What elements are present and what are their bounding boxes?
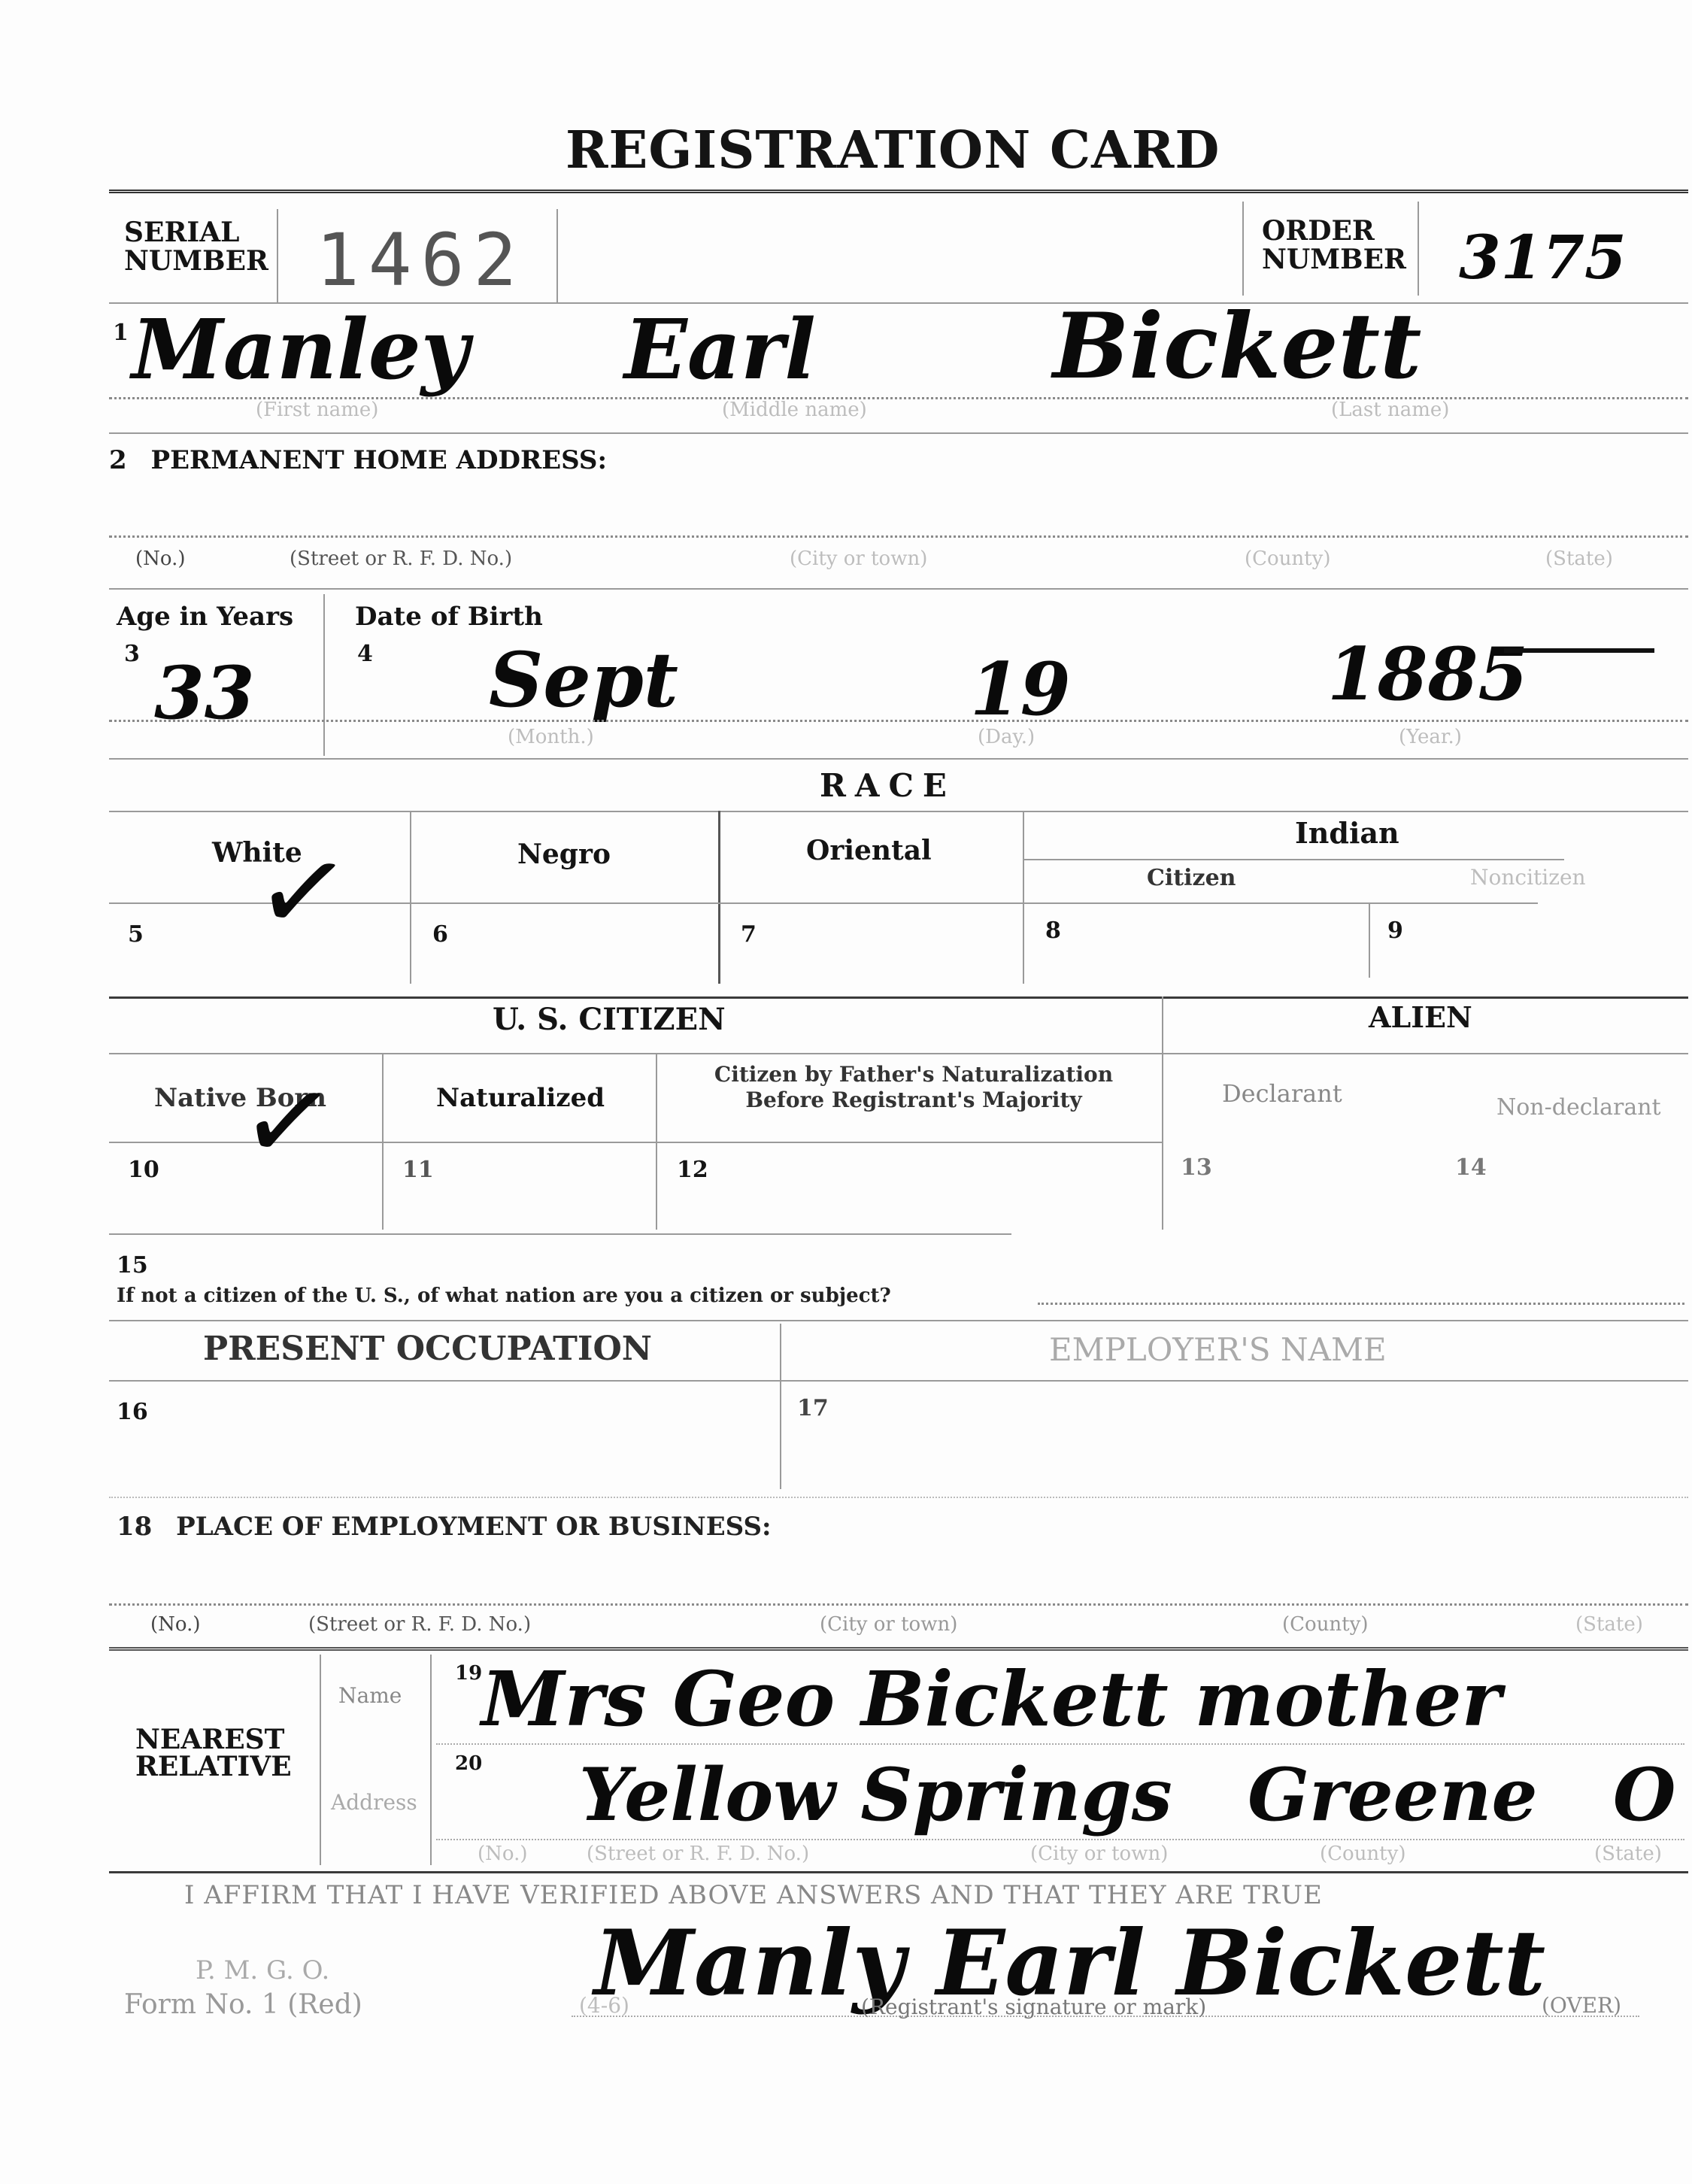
serial-label-line2: NUMBER	[124, 247, 268, 275]
naturalized-field-no: 11	[402, 1157, 434, 1183]
relative-name-underline	[436, 1743, 1684, 1745]
relative-divider-1	[320, 1655, 321, 1865]
native-born-field-no: 10	[128, 1157, 159, 1183]
poe-caption-city: (City or town)	[820, 1613, 957, 1636]
last-name-caption: (Last name)	[1331, 399, 1449, 421]
order-divider-left	[1242, 202, 1244, 296]
relative-caption-state: (State)	[1594, 1843, 1662, 1865]
non-declarant-field-no: 14	[1455, 1154, 1487, 1181]
race-indian-noncitizen-label: Noncitizen	[1470, 865, 1586, 890]
row-rule-4	[109, 758, 1688, 760]
occupation-label: PRESENT OCCUPATION	[203, 1330, 652, 1368]
address-field-no: 2	[109, 445, 127, 475]
citizen-by-father-field-no: 12	[677, 1157, 708, 1183]
row-rule-7	[109, 1320, 1688, 1321]
dob-year-flourish	[1504, 648, 1654, 653]
age-label: Age in Years	[117, 602, 293, 632]
order-label-line2: NUMBER	[1262, 245, 1406, 274]
address-caption-no: (No.)	[135, 548, 186, 570]
serial-box-right	[556, 209, 558, 303]
dob-year-caption: (Year.)	[1399, 726, 1462, 748]
serial-label: SERIAL NUMBER	[124, 218, 268, 275]
declarant-label: Declarant	[1222, 1079, 1342, 1108]
age-field-no: 3	[124, 641, 140, 667]
citizenship-header-rule	[109, 1053, 1688, 1054]
race-oriental-field-no: 7	[741, 921, 757, 948]
q15-answer-line[interactable]	[1038, 1303, 1684, 1305]
race-divider-2	[718, 811, 720, 984]
race-white-field-no: 5	[128, 921, 144, 948]
us-citizen-header: U. S. CITIZEN	[493, 1002, 726, 1037]
dob-month-value: Sept	[489, 635, 678, 724]
age-dob-underline	[109, 720, 1688, 722]
first-name-caption: (First name)	[256, 399, 378, 421]
address-caption-county: (County)	[1245, 548, 1330, 570]
citizen-by-father-label: Citizen by Father's Naturalization Befor…	[688, 1062, 1139, 1113]
race-indian-header: Indian	[1295, 816, 1399, 850]
row-rule-5	[109, 996, 1688, 999]
dob-month-caption: (Month.)	[508, 726, 594, 748]
occupation-employer-divider	[780, 1324, 781, 1489]
middle-name-caption: (Middle name)	[722, 399, 867, 421]
serial-label-line1: SERIAL	[124, 218, 268, 247]
q15-field-no: 15	[117, 1252, 148, 1279]
address-caption-city: (City or town)	[790, 548, 927, 570]
employer-field-no: 17	[797, 1395, 829, 1421]
relative-name-field-no: 19	[455, 1662, 482, 1685]
name-field-no: 1	[113, 320, 129, 346]
poe-caption-no: (No.)	[150, 1613, 201, 1636]
form-code: (4-6)	[579, 1993, 629, 2018]
employer-label: EMPLOYER'S NAME	[1049, 1331, 1387, 1368]
relative-caption-county: (County)	[1320, 1843, 1405, 1865]
order-label-line1: ORDER	[1262, 217, 1406, 245]
place-of-employment-label: PLACE OF EMPLOYMENT OR BUSINESS:	[176, 1512, 771, 1542]
poe-caption-state: (State)	[1575, 1613, 1643, 1636]
occupation-field-no: 16	[117, 1399, 148, 1425]
non-declarant-label: Non-declarant	[1496, 1094, 1661, 1121]
indian-subheader-rule	[1023, 859, 1564, 860]
order-divider-right	[1418, 202, 1419, 296]
indian-divider	[1369, 902, 1370, 978]
declarant-field-no: 13	[1181, 1154, 1212, 1181]
poe-caption-street: (Street or R. F. D. No.)	[308, 1613, 531, 1636]
relative-caption-no: (No.)	[478, 1843, 528, 1865]
row-rule-9	[109, 1647, 1688, 1651]
native-born-checkmark[interactable]: ✓	[232, 1051, 344, 1194]
relative-name-value: Mrs Geo Bickett mother	[481, 1655, 1501, 1743]
row-rule-2	[109, 432, 1688, 434]
place-of-employment-underline	[109, 1603, 1688, 1606]
address-underline	[109, 535, 1688, 538]
dob-label: Date of Birth	[355, 602, 543, 632]
over-label: (OVER)	[1542, 1993, 1621, 2018]
race-divider-3	[1023, 811, 1024, 984]
race-negro-field-no: 6	[432, 921, 448, 948]
occupation-label-rule	[109, 1380, 1688, 1382]
nearest-relative-label-line1: NEAREST	[135, 1726, 292, 1753]
citizen-alien-divider	[1162, 996, 1163, 1230]
naturalized-label: Naturalized	[436, 1083, 605, 1113]
dob-field-no: 4	[357, 641, 373, 667]
relative-name-label: Name	[338, 1683, 402, 1708]
dob-day-caption: (Day.)	[978, 726, 1035, 748]
relative-address-value: Yellow Springs Greene O	[579, 1752, 1676, 1837]
alien-header: ALIEN	[1369, 1000, 1472, 1034]
relative-address-label: Address	[331, 1790, 417, 1815]
serial-divider	[277, 209, 278, 303]
row-rule-6	[109, 1233, 1011, 1235]
middle-name-value: Earl	[624, 301, 816, 398]
registration-card: REGISTRATION CARD SERIAL NUMBER 1462 ORD…	[0, 0, 1692, 2184]
relative-caption-city: (City or town)	[1030, 1843, 1168, 1865]
race-indian-citizen-field-no: 8	[1045, 918, 1061, 944]
signature-caption: (Registrant's signature or mark)	[861, 1994, 1206, 2019]
race-header: RACE	[820, 767, 956, 804]
race-oriental-label: Oriental	[806, 835, 932, 866]
affirmation-text: I AFFIRM THAT I HAVE VERIFIED ABOVE ANSW…	[184, 1880, 1323, 1910]
nearest-relative-label: NEAREST RELATIVE	[135, 1726, 292, 1780]
place-of-employment-heading: 18 PLACE OF EMPLOYMENT OR BUSINESS:	[117, 1512, 772, 1542]
poe-caption-county: (County)	[1282, 1613, 1368, 1636]
serial-number-value: 1462	[316, 218, 526, 302]
race-divider-1	[410, 811, 411, 984]
pmgo-label: P. M. G. O.	[196, 1955, 329, 1985]
address-caption-state: (State)	[1545, 548, 1613, 570]
race-header-rule	[109, 811, 1688, 812]
address-label: PERMANENT HOME ADDRESS:	[151, 445, 608, 475]
race-negro-label: Negro	[517, 839, 611, 870]
age-value: 33	[154, 651, 255, 736]
race-indian-noncitizen-field-no: 9	[1387, 918, 1403, 944]
row-rule-3	[109, 588, 1688, 590]
relative-address-field-no: 20	[455, 1752, 482, 1775]
form-number: Form No. 1 (Red)	[124, 1989, 362, 2020]
title-rule	[109, 190, 1688, 193]
race-white-checkmark[interactable]: ✓	[247, 821, 359, 964]
q15-question: If not a citizen of the U. S., of what n…	[117, 1285, 891, 1307]
age-divider	[323, 594, 325, 756]
order-number-value: 3175	[1459, 222, 1627, 293]
relative-address-underline	[436, 1839, 1684, 1840]
last-name-value: Bickett	[1053, 293, 1421, 399]
order-label: ORDER NUMBER	[1262, 217, 1406, 274]
race-indian-citizen-label: Citizen	[1147, 865, 1236, 891]
row-rule-10	[109, 1871, 1688, 1873]
dob-year-value: 1885	[1327, 632, 1528, 717]
place-of-employment-field-no: 18	[117, 1512, 152, 1542]
relative-divider-2	[430, 1655, 432, 1865]
relative-caption-street: (Street or R. F. D. No.)	[587, 1843, 809, 1865]
card-title: REGISTRATION CARD	[566, 120, 1220, 180]
nearest-relative-label-line2: RELATIVE	[135, 1753, 292, 1780]
address-heading: 2 PERMANENT HOME ADDRESS:	[109, 445, 607, 475]
row-rule-8	[109, 1497, 1688, 1498]
first-name-value: Manley	[132, 301, 469, 398]
address-caption-street: (Street or R. F. D. No.)	[290, 548, 512, 570]
